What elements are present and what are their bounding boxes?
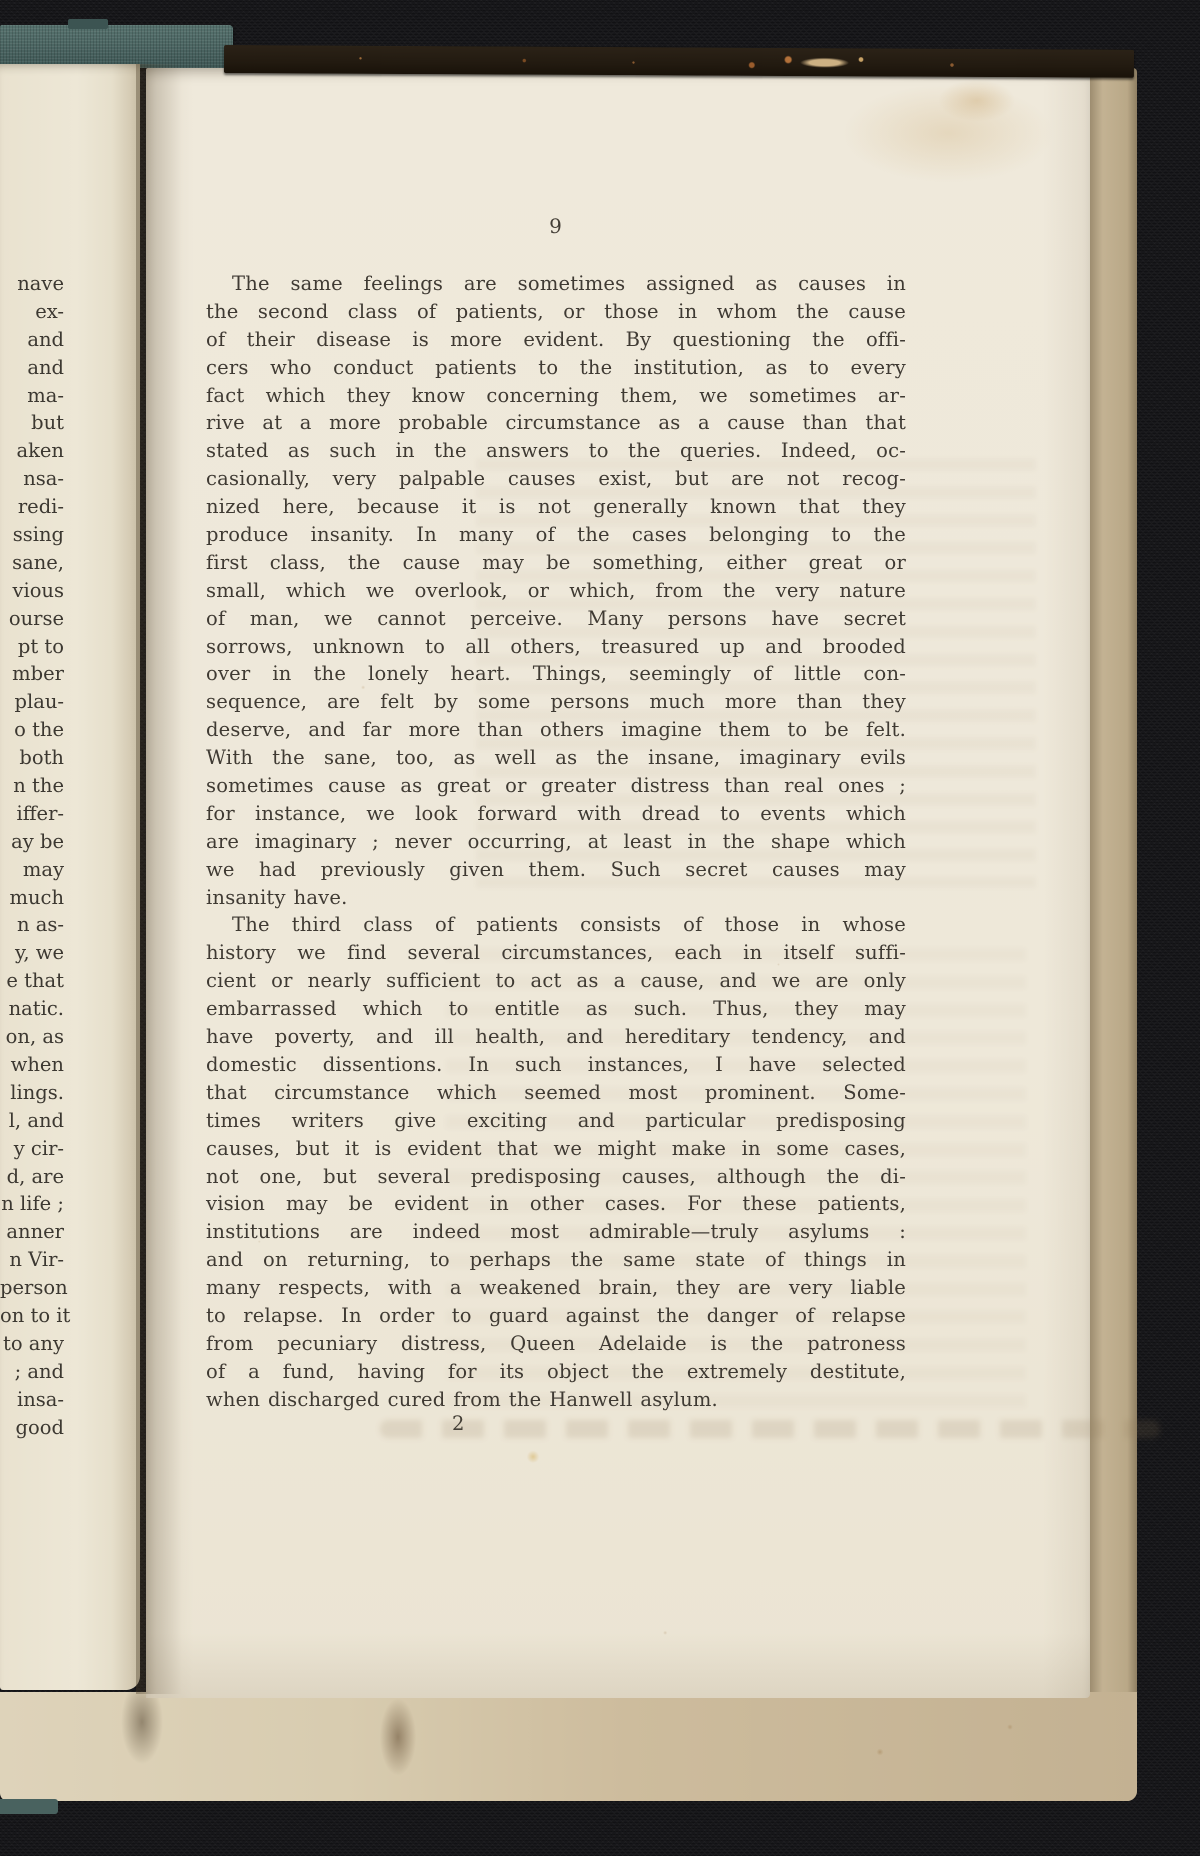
left-page-text-fragment: n the [0, 772, 64, 800]
text-line: vision may be evident in other cases. Fo… [206, 1190, 906, 1218]
left-page-text-fragment: plau- [0, 688, 64, 716]
text-line: are imaginary ; never occurring, at leas… [206, 828, 906, 856]
page-block-fore-edge [1088, 68, 1137, 1801]
text-line: The same feelings are sometimes assigned… [206, 270, 906, 298]
text-line: nized here, because it is not generally … [206, 493, 906, 521]
page-block-bottom-edge [0, 1692, 1137, 1801]
left-page-text-fragment: y cir- [0, 1135, 64, 1163]
text-line: we had previously given them. Such secre… [206, 856, 906, 884]
left-page-text-fragment: sane, [0, 549, 64, 577]
text-line: institutions are indeed most admirable—t… [206, 1218, 906, 1246]
left-page-text-fragment: but [0, 409, 64, 437]
show-through-line [380, 1420, 1160, 1438]
teal-cover-edge [0, 25, 233, 68]
left-page-text-fragment: and [0, 354, 64, 382]
text-line: deserve, and far more than others imagin… [206, 716, 906, 744]
text-line: from pecuniary distress, Queen Adelaide … [206, 1330, 906, 1358]
text-line: rive at a more probable circumstance as … [206, 409, 906, 437]
left-page-text-fragment: natic. [0, 995, 64, 1023]
left-page-text-fragment: nsa- [0, 465, 64, 493]
left-page-text-fragment: ourse [0, 605, 64, 633]
text-line: over in the lonely heart. Things, seemin… [206, 660, 906, 688]
teal-cover-edge-bottom [0, 1799, 58, 1814]
text-line: With the sane, too, as well as the insan… [206, 744, 906, 772]
left-page-text-fragment: l, and [0, 1107, 64, 1135]
left-page-text-fragment: and [0, 326, 64, 354]
left-page-text-fragment: nave [0, 270, 64, 298]
text-line: of man, we cannot perceive. Many persons… [206, 605, 906, 633]
text-block: The same feelings are sometimes assigned… [206, 270, 906, 1414]
left-page-text-fragment: on to it [0, 1302, 64, 1330]
right-page: 9 The same feelings are sometimes assign… [146, 68, 1090, 1698]
text-line: that circumstance which seemed most prom… [206, 1079, 906, 1107]
left-page-text-fragment: person [0, 1274, 64, 1302]
text-line: cers who conduct patients to the institu… [206, 354, 906, 382]
left-page-text-fragment: on, as [0, 1023, 64, 1051]
left-page-text-fragment: good [0, 1414, 64, 1442]
left-page-text-fragment: both [0, 744, 64, 772]
text-line: causes, but it is evident that we might … [206, 1135, 906, 1163]
text-line: fact which they know concerning them, we… [206, 382, 906, 410]
text-line: first class, the cause may be something,… [206, 549, 906, 577]
left-page-text-fragment: lings. [0, 1079, 64, 1107]
text-line: history we find several circumstances, e… [206, 939, 906, 967]
text-line: casionally, very palpable causes exist, … [206, 465, 906, 493]
page-number: 9 [206, 214, 906, 238]
left-page-text-fragment: n as- [0, 911, 64, 939]
left-page-text-fragment: vious [0, 577, 64, 605]
left-page-text-fragment: pt to [0, 633, 64, 661]
left-page-text-fragment: ex- [0, 298, 64, 326]
left-page-text-fragment: much [0, 884, 64, 912]
text-line: sorrows, unknown to all others, treasure… [206, 633, 906, 661]
text-line: produce insanity. In many of the cases b… [206, 521, 906, 549]
text-line: domestic dissentions. In such instances,… [206, 1051, 906, 1079]
left-page-text-fragment: o the [0, 716, 64, 744]
left-page-text-fragment: aken [0, 437, 64, 465]
text-line: to relapse. In order to guard against th… [206, 1302, 906, 1330]
left-page-text-fragment: when [0, 1051, 64, 1079]
left-page-text-fragment: ssing [0, 521, 64, 549]
text-line: insanity have. [206, 884, 906, 912]
left-page-text-fragment: ; and [0, 1358, 64, 1386]
text-line: stated as such in the answers to the que… [206, 437, 906, 465]
text-line: the second class of patients, or those i… [206, 298, 906, 326]
left-page-text-fragment: e that [0, 967, 64, 995]
left-page-text-fragment: may [0, 856, 64, 884]
marbled-board-edge [224, 45, 1134, 78]
left-page-text-fragment: redi- [0, 493, 64, 521]
text-line: many respects, with a weakened brain, th… [206, 1274, 906, 1302]
left-page-text-fragment: n life ; [0, 1190, 64, 1218]
left-page-edge: naveex-andandma-butakennsa-redi-ssingsan… [0, 64, 140, 1690]
left-page-text-fragment: ay be [0, 828, 64, 856]
text-line: for instance, we look forward with dread… [206, 800, 906, 828]
left-page-text-fragment: y, we [0, 939, 64, 967]
signature-mark: 2 [452, 1412, 492, 1435]
text-line: small, which we overlook, or which, from… [206, 577, 906, 605]
text-line: sequence, are felt by some persons much … [206, 688, 906, 716]
left-page-text-fragment: insa- [0, 1386, 64, 1414]
text-line: times writers give exciting and particul… [206, 1107, 906, 1135]
left-page-text-fragment: ma- [0, 382, 64, 410]
left-page-fragments: naveex-andandma-butakennsa-redi-ssingsan… [0, 270, 64, 1441]
text-line: The third class of patients consists of … [206, 911, 906, 939]
text-line: when discharged cured from the Hanwell a… [206, 1386, 906, 1414]
text-line: sometimes cause as great or greater dist… [206, 772, 906, 800]
left-page-text-fragment: iffer- [0, 800, 64, 828]
text-line: and on returning, to perhaps the same st… [206, 1246, 906, 1274]
left-page-text-fragment: d, are [0, 1163, 64, 1191]
left-page-text-fragment: to any [0, 1330, 64, 1358]
text-line: not one, but several predisposing causes… [206, 1163, 906, 1191]
text-line: embarrassed which to entitle as such. Th… [206, 995, 906, 1023]
left-page-text-fragment: anner [0, 1218, 64, 1246]
text-line: of their disease is more evident. By que… [206, 326, 906, 354]
left-page-text-fragment: mber [0, 660, 64, 688]
text-line: cient or nearly sufficient to act as a c… [206, 967, 906, 995]
text-line: have poverty, and ill health, and heredi… [206, 1023, 906, 1051]
text-line: of a fund, having for its object the ext… [206, 1358, 906, 1386]
left-page-text-fragment: n Vir- [0, 1246, 64, 1274]
